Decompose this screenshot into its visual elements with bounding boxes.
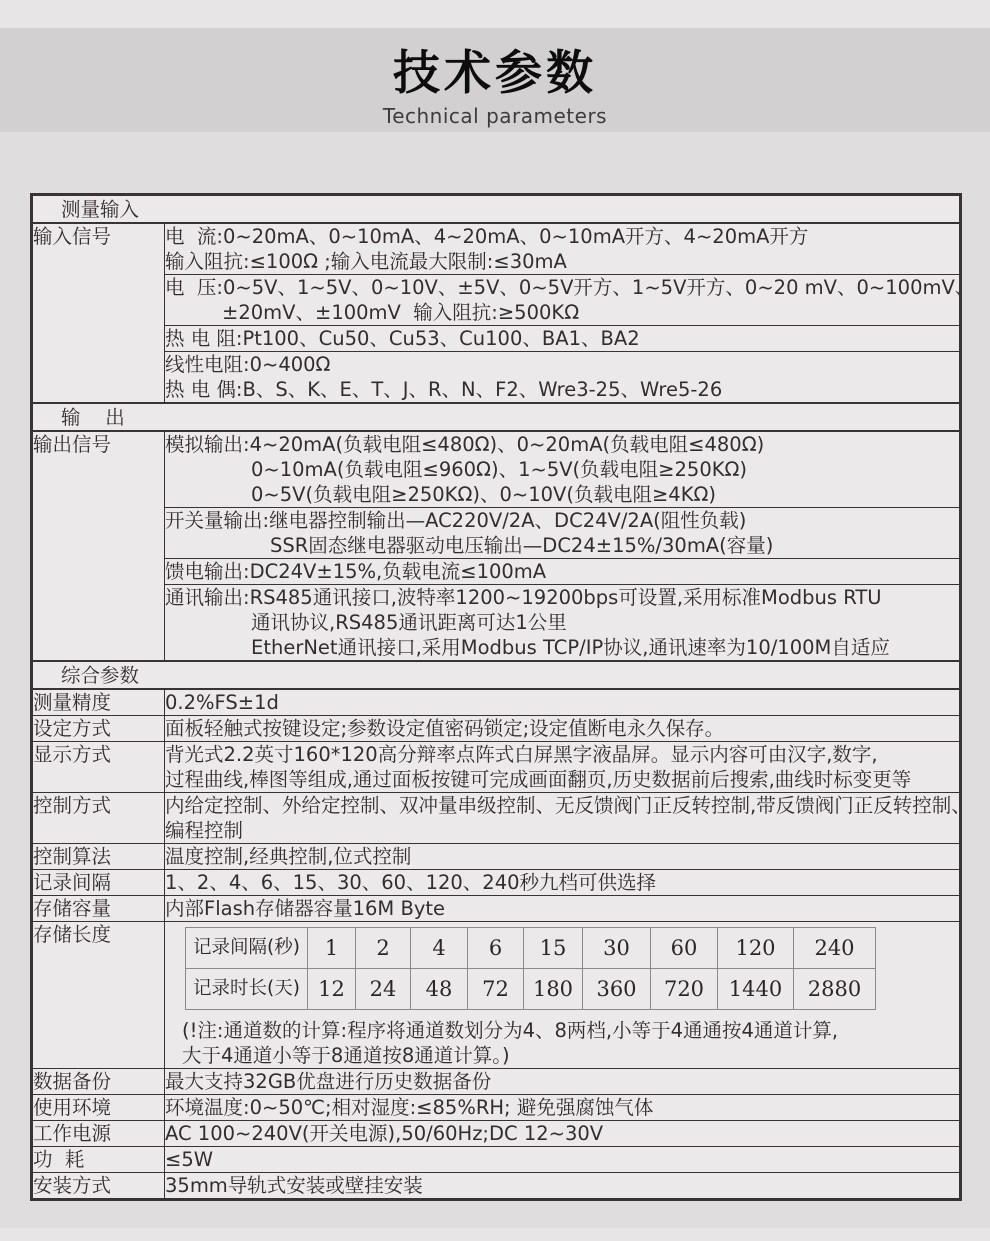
spec-line: AC 100~240V(开关电源),50/60Hz;DC 12~30V (165, 1121, 959, 1146)
cell-setting: 面板轻触式按键设定;参数设定值密码锁定;设定值断电永久保存。 (165, 716, 961, 742)
label-capacity: 存储容量 (32, 896, 165, 922)
row-control: 控制方式 内给定控制、外给定控制、双冲量串级控制、无反馈阀门正反转控制,带反馈阀… (32, 793, 961, 844)
spec-line: 内给定控制、外给定控制、双冲量串级控制、无反馈阀门正反转控制,带反馈阀门正反转控… (165, 793, 959, 818)
subtable-cell: 48 (411, 969, 468, 1010)
subtable-cell: 4 (411, 928, 468, 969)
spec-line: 背光式2.2英寸160*120高分辩率点阵式白屏黑字液晶屏。显示内容可由汉字,数… (165, 742, 959, 767)
label-output-signal: 输出信号 (32, 431, 165, 661)
section-row-measure-input: 测量输入 (32, 195, 961, 224)
spec-line: ≤5W (165, 1147, 959, 1172)
cell-interval: 1、2、4、6、15、30、60、120、240秒九档可供选择 (165, 870, 961, 896)
row-power: 工作电源 AC 100~240V(开关电源),50/60Hz;DC 12~30V (32, 1121, 961, 1147)
section-label-measure-input: 测量输入 (32, 195, 961, 224)
subtable-cell: 60 (651, 928, 718, 969)
spec-line: 0~5V(负载电阻≥250KΩ)、0~10V(负载电阻≥4KΩ) (165, 482, 959, 507)
row-storage-length: 存储长度 记录间隔(秒) 1 2 4 6 15 30 60 120 (32, 922, 961, 1069)
subtable-cell: 12 (308, 969, 356, 1010)
row-input-voltage: 电 压:0~5V、1~5V、0~10V、±5V、0~5V开方、1~5V开方、0~… (32, 275, 961, 326)
subtable-cell: 360 (583, 969, 651, 1010)
cell-output-switch: 开关量输出:继电器控制输出—AC220V/2A、DC24V/2A(阻性负载) S… (165, 508, 961, 559)
row-output-switch: 开关量输出:继电器控制输出—AC220V/2A、DC24V/2A(阻性负载) S… (32, 508, 961, 559)
storage-note: (!注:通道数的计算:程序将通道数划分为4、8两档,小等于4通通按4通道计算, … (165, 1018, 959, 1068)
spec-line: 输入阻抗:≤100Ω ;输入电流最大限制:≤30mA (165, 249, 959, 274)
spec-line: 0~10mA(负载电阻≤960Ω)、1~5V(负载电阻≥250KΩ) (165, 457, 959, 482)
spec-line: 面板轻触式按键设定;参数设定值密码锁定;设定值断电永久保存。 (165, 716, 959, 741)
label-backup: 数据备份 (32, 1069, 165, 1095)
subtable-header: 记录间隔(秒) (186, 928, 308, 969)
cell-input-rtd: 热 电 阻:Pt100、Cu50、Cu53、Cu100、BA1、BA2 (165, 326, 961, 352)
cell-display: 背光式2.2英寸160*120高分辩率点阵式白屏黑字液晶屏。显示内容可由汉字,数… (165, 742, 961, 793)
cell-output-analog: 模拟输出:4~20mA(负载电阻≤480Ω)、0~20mA(负载电阻≤480Ω)… (165, 431, 961, 508)
spec-line: 编程控制 (165, 818, 959, 843)
spec-line: 大于4通道小等于8通道按8通道计算。) (165, 1043, 959, 1068)
spec-line: 线性电阻:0~400Ω (165, 352, 959, 377)
cell-output-feed: 馈电输出:DC24V±15%,负载电流≤100mA (165, 559, 961, 585)
spec-line: (!注:通道数的计算:程序将通道数划分为4、8两档,小等于4通通按4通道计算, (165, 1018, 959, 1043)
spec-line: 最大支持32GB优盘进行历史数据备份 (165, 1069, 959, 1094)
label-power: 工作电源 (32, 1121, 165, 1147)
spec-line: 电 流:0~20mA、0~10mA、4~20mA、0~10mA开方、4~20mA… (165, 224, 959, 249)
storage-subtable: 记录间隔(秒) 1 2 4 6 15 30 60 120 240 记录时长(天)… (185, 927, 876, 1010)
spec-line: SSR固态继电器驱动电压输出—DC24±15%/30mA(容量) (165, 533, 959, 558)
subtable-cell: 120 (718, 928, 794, 969)
subtable-cell: 180 (524, 969, 583, 1010)
subtable-row-days: 记录时长(天) 12 24 48 72 180 360 720 1440 288… (186, 969, 876, 1010)
row-consumption: 功 耗 ≤5W (32, 1147, 961, 1173)
label-env: 使用环境 (32, 1095, 165, 1121)
spec-line: 通讯协议,RS485通讯距离可达1公里 (165, 610, 959, 635)
subtable-cell: 1440 (718, 969, 794, 1010)
spec-line: 环境温度:0~50℃;相对湿度:≤85%RH; 避免强腐蚀气体 (165, 1095, 959, 1120)
row-display: 显示方式 背光式2.2英寸160*120高分辩率点阵式白屏黑字液晶屏。显示内容可… (32, 742, 961, 793)
spec-line: 35mm导轨式安装或壁挂安装 (165, 1173, 959, 1198)
spec-line: EtherNet通讯接口,采用Modbus TCP/IP协议,通讯速率为10/1… (165, 635, 959, 660)
subtable-cell: 240 (794, 928, 876, 969)
label-control: 控制方式 (32, 793, 165, 844)
spec-line: 通讯输出:RS485通讯接口,波特率1200~19200bps可设置,采用标准M… (165, 585, 959, 610)
row-mount: 安装方式 35mm导轨式安装或壁挂安装 (32, 1173, 961, 1200)
label-consumption: 功 耗 (32, 1147, 165, 1173)
row-input-linear-tc: 线性电阻:0~400Ω 热 电 偶:B、S、K、E、T、J、R、N、F2、Wre… (32, 352, 961, 404)
row-output-comm: 通讯输出:RS485通讯接口,波特率1200~19200bps可设置,采用标准M… (32, 585, 961, 662)
subtable-cell: 24 (356, 969, 411, 1010)
label-display: 显示方式 (32, 742, 165, 793)
row-output-feed: 馈电输出:DC24V±15%,负载电流≤100mA (32, 559, 961, 585)
cell-power: AC 100~240V(开关电源),50/60Hz;DC 12~30V (165, 1121, 961, 1147)
spec-line: 内部Flash存储器容量16M Byte (165, 896, 959, 921)
label-mount: 安装方式 (32, 1173, 165, 1200)
row-backup: 数据备份 最大支持32GB优盘进行历史数据备份 (32, 1069, 961, 1095)
page-title: 技术参数 (0, 28, 990, 103)
section-label-output: 输 出 (32, 403, 961, 431)
subtable-cell: 2880 (794, 969, 876, 1010)
top-strip (0, 0, 990, 28)
subtable-cell: 1 (308, 928, 356, 969)
label-algo: 控制算法 (32, 844, 165, 870)
label-setting: 设定方式 (32, 716, 165, 742)
spec-line: 开关量输出:继电器控制输出—AC220V/2A、DC24V/2A(阻性负载) (165, 508, 959, 533)
cell-control: 内给定控制、外给定控制、双冲量串级控制、无反馈阀门正反转控制,带反馈阀门正反转控… (165, 793, 961, 844)
row-setting: 设定方式 面板轻触式按键设定;参数设定值密码锁定;设定值断电永久保存。 (32, 716, 961, 742)
cell-mount: 35mm导轨式安装或壁挂安装 (165, 1173, 961, 1200)
subtable-header: 记录时长(天) (186, 969, 308, 1010)
section-row-output: 输 出 (32, 403, 961, 431)
spec-line: 热 电 偶:B、S、K、E、T、J、R、N、F2、Wre3-25、Wre5-26 (165, 377, 959, 402)
cell-input-linear-tc: 线性电阻:0~400Ω 热 电 偶:B、S、K、E、T、J、R、N、F2、Wre… (165, 352, 961, 404)
section-label-general: 综合参数 (32, 661, 961, 689)
cell-env: 环境温度:0~50℃;相对湿度:≤85%RH; 避免强腐蚀气体 (165, 1095, 961, 1121)
cell-output-comm: 通讯输出:RS485通讯接口,波特率1200~19200bps可设置,采用标准M… (165, 585, 961, 662)
cell-backup: 最大支持32GB优盘进行历史数据备份 (165, 1069, 961, 1095)
subtable-row-interval: 记录间隔(秒) 1 2 4 6 15 30 60 120 240 (186, 928, 876, 969)
row-env: 使用环境 环境温度:0~50℃;相对湿度:≤85%RH; 避免强腐蚀气体 (32, 1095, 961, 1121)
row-input-signal: 输入信号 电 流:0~20mA、0~10mA、4~20mA、0~10mA开方、4… (32, 223, 961, 275)
spec-line: 馈电输出:DC24V±15%,负载电流≤100mA (165, 559, 959, 584)
label-input-signal: 输入信号 (32, 223, 165, 403)
subtable-cell: 72 (468, 969, 524, 1010)
cell-storage-length: 记录间隔(秒) 1 2 4 6 15 30 60 120 240 记录时长(天)… (165, 922, 961, 1069)
bottom-strip (0, 1228, 990, 1241)
spec-line: 电 压:0~5V、1~5V、0~10V、±5V、0~5V开方、1~5V开方、0~… (165, 275, 959, 300)
subtable-cell: 15 (524, 928, 583, 969)
row-interval: 记录间隔 1、2、4、6、15、30、60、120、240秒九档可供选择 (32, 870, 961, 896)
cell-consumption: ≤5W (165, 1147, 961, 1173)
spec-line: 过程曲线,棒图等组成,通过面板按键可完成画面翻页,历史数据前后搜索,曲线时标变更… (165, 767, 959, 792)
title-band: 技术参数 Technical parameters (0, 28, 990, 132)
spec-line: 模拟输出:4~20mA(负载电阻≤480Ω)、0~20mA(负载电阻≤480Ω) (165, 432, 959, 457)
row-output-analog: 输出信号 模拟输出:4~20mA(负载电阻≤480Ω)、0~20mA(负载电阻≤… (32, 431, 961, 508)
row-accuracy: 测量精度 0.2%FS±1d (32, 689, 961, 716)
row-algo: 控制算法 温度控制,经典控制,位式控制 (32, 844, 961, 870)
label-accuracy: 测量精度 (32, 689, 165, 716)
row-input-rtd: 热 电 阻:Pt100、Cu50、Cu53、Cu100、BA1、BA2 (32, 326, 961, 352)
cell-algo: 温度控制,经典控制,位式控制 (165, 844, 961, 870)
spec-line: 热 电 阻:Pt100、Cu50、Cu53、Cu100、BA1、BA2 (165, 326, 959, 351)
label-interval: 记录间隔 (32, 870, 165, 896)
spec-line: ±20mV、±100mV 输入阻抗:≥500KΩ (165, 300, 959, 325)
spec-line: 1、2、4、6、15、30、60、120、240秒九档可供选择 (165, 870, 959, 895)
section-row-general: 综合参数 (32, 661, 961, 689)
row-capacity: 存储容量 内部Flash存储器容量16M Byte (32, 896, 961, 922)
page-subtitle: Technical parameters (0, 104, 990, 128)
cell-input-current: 电 流:0~20mA、0~10mA、4~20mA、0~10mA开方、4~20mA… (165, 223, 961, 275)
cell-input-voltage: 电 压:0~5V、1~5V、0~10V、±5V、0~5V开方、1~5V开方、0~… (165, 275, 961, 326)
subtable-cell: 720 (651, 969, 718, 1010)
subtable-cell: 2 (356, 928, 411, 969)
cell-capacity: 内部Flash存储器容量16M Byte (165, 896, 961, 922)
spec-line: 温度控制,经典控制,位式控制 (165, 844, 959, 869)
cell-accuracy: 0.2%FS±1d (165, 689, 961, 716)
subtable-cell: 6 (468, 928, 524, 969)
label-storage-length: 存储长度 (32, 922, 165, 1069)
spec-line: 0.2%FS±1d (165, 690, 959, 715)
subtable-cell: 30 (583, 928, 651, 969)
spec-table: 测量输入 输入信号 电 流:0~20mA、0~10mA、4~20mA、0~10m… (30, 193, 962, 1201)
